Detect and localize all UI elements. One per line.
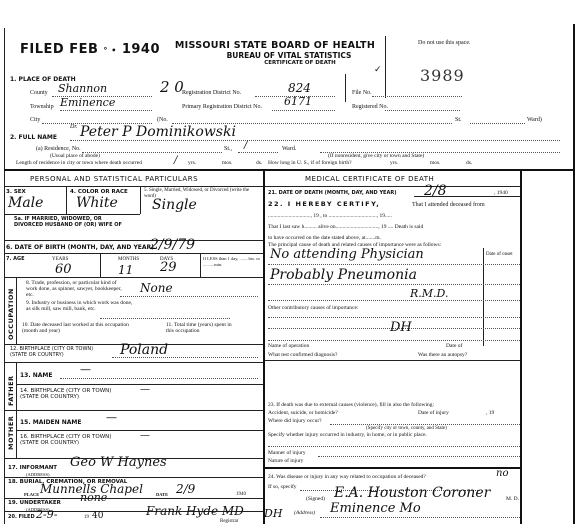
filed-stamp-day: ° • xyxy=(103,46,116,55)
county-value: Shannon xyxy=(58,83,107,95)
attended-dates-line: ..............................., 19 , to… xyxy=(268,213,392,220)
cause-secondary: Probably Pneumonia xyxy=(270,268,417,283)
dob-value: 2/9/79 xyxy=(150,238,195,253)
occupation-related-label: 24. Was disease or injury in any way rel… xyxy=(268,474,426,481)
occupation-side-label: OCCUPATION xyxy=(7,284,15,340)
mother-birthplace-value: — xyxy=(140,430,150,442)
primary-district-line xyxy=(272,110,335,111)
signed-label: (Signed) xyxy=(306,496,325,503)
certificate-number: 3989 xyxy=(420,66,465,85)
date-of-death-label: 21. DATE OF DEATH (MONTH, DAY, AND YEAR) xyxy=(268,190,396,197)
filed-year-prefix: 19 xyxy=(84,514,89,521)
residence-mos-label: mos. xyxy=(222,160,233,167)
address-line xyxy=(320,517,520,518)
personal-title-line xyxy=(4,186,263,187)
dob-label: 6. DATE OF BIRTH (MONTH, DAY, AND YEAR) xyxy=(6,244,154,251)
external-causes-label: 23. If death was due to external causes … xyxy=(268,402,434,409)
injury-place-type-line xyxy=(268,446,520,447)
coroner-address: Eminence Mo xyxy=(330,503,421,515)
occupation-side-line xyxy=(16,277,17,344)
name-prefix-mark: Dr. xyxy=(70,124,78,131)
medical-section-title: MEDICAL CERTIFICATE OF DEATH xyxy=(305,175,434,183)
margin-initials: DH xyxy=(264,508,282,520)
injury-year-label: , 19 xyxy=(486,410,494,417)
us-yrs-label: yrs. xyxy=(390,160,398,167)
operation-label: Name of operation xyxy=(268,343,309,350)
residence-label: (a) Residence, No. xyxy=(36,146,81,153)
residence-ward-label: Ward. xyxy=(282,146,296,153)
accident-label: Accident, suicide, or homicide? xyxy=(268,410,338,417)
full-name-value: Peter P Dominikowski xyxy=(80,125,236,140)
informant-row-line xyxy=(4,477,263,478)
county-label: County xyxy=(30,90,48,97)
cause-primary: No attending Physician xyxy=(270,249,424,261)
contributory-label: Other contributory causes of importance: xyxy=(268,305,358,312)
age-label: 7. AGE xyxy=(6,256,25,263)
onset-label: Date of onset xyxy=(486,251,513,258)
father-name-line xyxy=(60,378,258,379)
cause-line-1 xyxy=(268,264,520,265)
color-value: White xyxy=(76,196,118,211)
us-mos-label: mos. xyxy=(430,160,441,167)
injury-location-note: (Specify city or town, county, and State… xyxy=(366,425,447,432)
length-of-residence-label: Length of residence in city or town wher… xyxy=(16,160,142,167)
age-months-label: MONTHS xyxy=(118,256,139,263)
filed-year-value: 40 xyxy=(92,510,103,522)
medical-right-border xyxy=(520,170,522,524)
trade-value: None xyxy=(140,282,173,294)
mother-maiden-value: — xyxy=(106,412,117,424)
length-of-residence-value: / xyxy=(174,155,177,167)
left-border xyxy=(4,28,5,524)
header-title: MISSOURI STATE BOARD OF HEALTH xyxy=(160,40,390,51)
filed-label: 20. FILED xyxy=(8,514,35,521)
cause-line-2 xyxy=(268,284,520,285)
township-label: Township xyxy=(30,104,54,111)
birthplace-line xyxy=(112,357,258,358)
file-no-line xyxy=(372,96,462,97)
burial-year-value: 1940 xyxy=(236,491,246,498)
injury-place-type-label: Specify whether injury occurred in indus… xyxy=(268,432,427,439)
manner-of-injury-line xyxy=(318,456,520,457)
township-line xyxy=(60,110,152,111)
residence-line xyxy=(82,152,222,153)
header-certificate: CERTIFICATE OF DEATH xyxy=(210,60,390,66)
medical-title-line xyxy=(265,186,520,187)
personal-section-title: PERSONAL AND STATISTICAL PARTICULARS xyxy=(30,175,198,183)
father-side-line xyxy=(16,362,17,410)
filed-stamp: FILED FEB ° • 1940 xyxy=(20,42,160,57)
registrar-signature: Frank Hyde MD xyxy=(146,505,244,517)
mother-maiden-label: 15. MAIDEN NAME xyxy=(20,419,82,426)
address-label: (Address) xyxy=(294,510,315,517)
years-in-us-label: How long in U. S., if of foreign birth? xyxy=(268,160,352,167)
registration-district-label: Registration District No. xyxy=(182,90,241,97)
age-divider-2 xyxy=(200,253,201,277)
certify-label: 22. I HEREBY CERTIFY, xyxy=(268,201,380,208)
spouse-row-line xyxy=(4,240,263,241)
undertaker-value: none xyxy=(80,492,107,504)
onset-column-line xyxy=(483,248,484,346)
us-ds-label: ds. xyxy=(466,160,472,167)
contributory-line-3 xyxy=(268,340,520,341)
marital-status-value: Single xyxy=(152,198,197,213)
birthplace-value: Poland xyxy=(120,343,168,358)
city-label: City xyxy=(30,117,40,124)
nature-of-injury-label: Nature of injury xyxy=(268,458,303,465)
file-no-label: File No. xyxy=(352,90,372,97)
margin-district-mark: 2 0 xyxy=(160,80,184,95)
diagnosis-label: What test confirmed diagnosis? xyxy=(268,352,338,359)
city-no-label: (No. xyxy=(157,117,168,124)
if-so-label: If so, specify xyxy=(268,484,297,491)
registrar-label: Registrar xyxy=(220,518,238,524)
manner-of-injury-label: Manner of injury xyxy=(268,450,306,457)
header-divider xyxy=(385,36,386,98)
full-name-label: 2. FULL NAME xyxy=(10,134,57,141)
father-name-value: — xyxy=(80,364,91,376)
document-header: MISSOURI STATE BOARD OF HEALTH BUREAU OF… xyxy=(160,40,390,66)
death-occurred-line: to have occurred on the date stated abov… xyxy=(268,235,381,242)
injury-date-label: Date of injury xyxy=(418,410,449,417)
primary-district-value: 6171 xyxy=(284,96,312,108)
registration-district-value: 824 xyxy=(288,82,311,94)
residence-ds-label: ds. xyxy=(256,160,262,167)
date-of-death-line xyxy=(414,196,520,197)
registered-no-label: Registered No. xyxy=(352,104,388,111)
age-days-value: 29 xyxy=(160,262,177,274)
total-time-label: 11. Total time (years) spent in this occ… xyxy=(166,322,236,334)
office-use-notice: Do not use this space. xyxy=(418,40,471,46)
color-divider xyxy=(140,186,141,214)
industry-label: 9. Industry or business in which work wa… xyxy=(26,300,136,312)
city-st-label: St. xyxy=(455,117,462,124)
age-years-value: 60 xyxy=(55,264,72,276)
father-row-line xyxy=(4,410,263,411)
burial-date-label: DATE xyxy=(156,491,168,498)
file-divider xyxy=(345,74,346,102)
age-divider-1 xyxy=(100,253,101,277)
mother-birthplace-label: 16. BIRTHPLACE (CITY OR TOWN) (STATE OR … xyxy=(20,434,130,446)
less-than-day-label: If LESS than 1 day, ........hrs. or ....… xyxy=(203,256,261,268)
industry-line xyxy=(100,318,230,319)
injury-location-label: Where did injury occur? xyxy=(268,418,322,425)
informant-value: Geo W Haynes xyxy=(70,457,167,469)
father-name-label: 13. NAME xyxy=(20,372,52,379)
column-divider xyxy=(263,170,265,524)
operation-date-label: Date of xyxy=(446,343,462,350)
section-divider xyxy=(4,169,573,171)
burial-row-line xyxy=(4,498,263,499)
primary-district-label: Primary Registration District No. xyxy=(182,104,262,111)
mother-side-line xyxy=(16,410,17,458)
check-mark: ✓ xyxy=(374,64,382,75)
autopsy-label: Was there an autopsy? xyxy=(418,352,467,359)
cause-line-3 xyxy=(268,300,520,301)
cause-signer: R.M.D. xyxy=(410,288,448,300)
birthplace-label: 12. BIRTHPLACE (CITY OR TOWN) (STATE OR … xyxy=(10,346,110,358)
residence-st-value: / xyxy=(244,140,247,152)
filed-stamp-label: FILED FEB xyxy=(20,42,98,57)
mother-side-label: MOTHER xyxy=(7,414,15,450)
spouse-label: 5a. IF MARRIED, WIDOWED, OR DIVORCED HUS… xyxy=(14,216,124,228)
city-ward-line xyxy=(470,123,525,124)
father-birthplace-label: 14. BIRTHPLACE (CITY OR TOWN) (STATE OR … xyxy=(20,388,130,400)
diagnosis-row-line xyxy=(265,360,520,361)
occupation-related-value: no xyxy=(496,468,508,480)
last-worked-label: 10. Date deceased last worked at this oc… xyxy=(22,322,134,334)
contributory-line-1 xyxy=(268,317,520,318)
certify-text: That I attended deceased from xyxy=(412,202,485,209)
trade-line xyxy=(120,296,258,297)
township-value: Eminence xyxy=(60,97,115,109)
city-ward-label: Ward) xyxy=(527,117,542,124)
sex-value: Male xyxy=(8,196,43,211)
coroner-signature: E.A. Houston Coroner xyxy=(334,486,490,501)
usual-abode-note: (Usual place of abode) xyxy=(50,153,100,160)
header-subtitle: BUREAU OF VITAL STATISTICS xyxy=(188,51,390,60)
age-months-value: 11 xyxy=(118,264,133,276)
residence-st-line xyxy=(238,152,278,153)
initials-mark: DH xyxy=(390,322,412,334)
dob-row-line xyxy=(4,253,263,254)
birthplace-row-line xyxy=(4,362,263,363)
injury-row-line xyxy=(265,467,520,469)
father-side-label: FATHER xyxy=(7,370,15,406)
filed-date-value: 2-9- xyxy=(36,509,57,521)
full-name-line xyxy=(70,140,560,141)
registered-no-line xyxy=(385,110,460,111)
age-row-line xyxy=(4,277,263,278)
burial-place-label: PLACE xyxy=(24,491,39,498)
md-label: M. D. xyxy=(506,496,519,503)
residence-yrs-label: yrs. xyxy=(188,160,196,167)
trade-label: 8. Trade, profession, or particular kind… xyxy=(26,280,124,298)
burial-date-value: 2/9 xyxy=(176,483,195,495)
last-saw-line: That I last saw h......... alive on.....… xyxy=(268,224,423,231)
right-border xyxy=(573,24,575,524)
filed-stamp-year: 1940 xyxy=(122,42,160,57)
sex-row-line xyxy=(4,214,140,215)
residence-st-label: St., xyxy=(224,146,232,153)
sex-divider xyxy=(66,186,67,214)
nonresident-note: (If nonresident, give city or town and S… xyxy=(328,153,424,160)
father-birthplace-value: — xyxy=(140,384,150,396)
